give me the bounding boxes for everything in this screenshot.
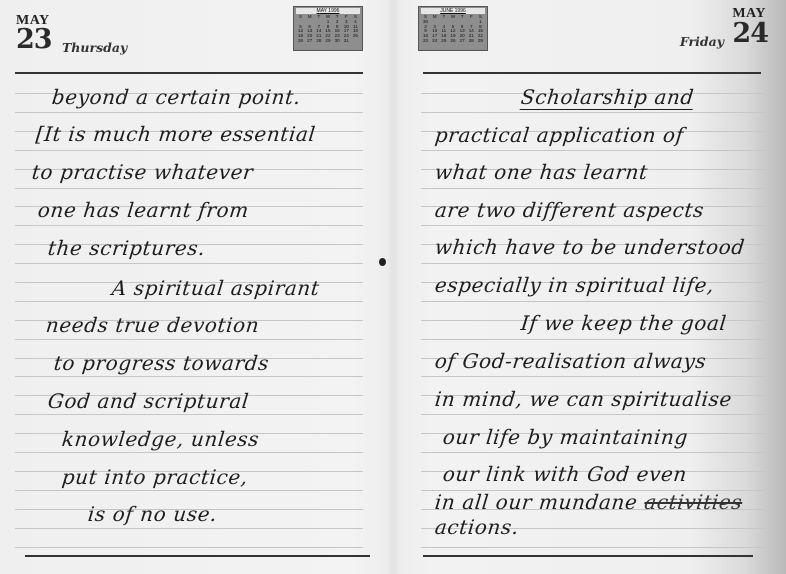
handwritten-line: the scriptures. [47, 236, 207, 260]
ruled-line [421, 263, 766, 264]
ruled-line [421, 188, 766, 189]
handwritten-line: God and scriptural [47, 389, 250, 413]
ruled-line [15, 490, 363, 491]
ruled-line [15, 339, 363, 340]
calendar-week-row: 23 24 25 26 27 28 29 [421, 39, 485, 44]
handwritten-line: one has learnt from [37, 198, 250, 222]
ruled-line [15, 225, 363, 226]
calendar-day: 29 [323, 39, 332, 44]
handwritten-line: beyond a certain point. [51, 85, 302, 109]
day-number: 24 [732, 18, 768, 49]
ruled-line [421, 225, 766, 226]
ruled-line [421, 376, 766, 377]
ruled-line [15, 376, 363, 377]
ruled-line [15, 112, 363, 113]
calendar-day: 24 [430, 39, 439, 44]
binding-hole [379, 258, 386, 266]
ruled-line [15, 150, 363, 151]
calendar-day: 29 [476, 39, 485, 44]
calendar-week-row: 26 27 28 29 30 31 [296, 39, 360, 44]
handwritten-line: needs true devotion [45, 313, 261, 337]
ruled-line [421, 301, 766, 302]
handwritten-line: our life by maintaining [442, 425, 690, 449]
calendar-day: 30 [333, 39, 342, 44]
calendar-day: 25 [439, 39, 448, 44]
mini-calendar-june: JUNE 1996 S M T W T F S 30 [418, 6, 488, 51]
weekday-label: Friday [680, 34, 724, 49]
handwritten-line: to progress towards [53, 351, 271, 375]
ruled-line [421, 414, 766, 415]
ruled-line [421, 112, 766, 113]
handwritten-line: our link with God even [442, 462, 689, 486]
ruled-line [15, 301, 363, 302]
diary-page-may-24: MAY 24 Friday JUNE 1996 S M T W T F S 30 [393, 0, 786, 574]
handwritten-text: in all our mundane [434, 490, 639, 514]
diary-page-may-23: MAY 23 Thursday MAY 1996 S M T W T F S [0, 0, 393, 574]
handwritten-line: especially in spiritual life, [434, 273, 716, 297]
calendar-day: 26 [448, 39, 457, 44]
handwritten-line: actions. [434, 515, 520, 539]
weekday-label: Thursday [62, 40, 127, 55]
handwritten-line: practical application of [434, 123, 685, 147]
header-rule [15, 72, 363, 74]
handwritten-line: knowledge, unless [61, 427, 261, 451]
handwritten-line: are two different aspects [434, 198, 706, 222]
handwritten-line: is of no use. [87, 502, 219, 526]
handwritten-line: of God-realisation always [434, 349, 708, 373]
ruled-line [15, 547, 363, 548]
ruled-line [421, 452, 766, 453]
mini-calendar-grid: S M T W T F S 1 2 3 4 [296, 15, 360, 44]
calendar-day: 27 [458, 39, 467, 44]
ruled-line [421, 150, 766, 151]
diary-spread: MAY 23 Thursday MAY 1996 S M T W T F S [0, 0, 786, 574]
handwritten-line: put into practice, [61, 465, 249, 489]
mini-calendar-may: MAY 1996 S M T W T F S 1 2 3 [293, 6, 363, 51]
calendar-day: 28 [314, 39, 323, 44]
calendar-day [351, 39, 360, 44]
ruled-line [15, 263, 363, 264]
ruled-line [15, 452, 363, 453]
ruled-line [421, 339, 766, 340]
calendar-day: 27 [305, 39, 314, 44]
handwritten-line: which have to be understood [434, 235, 746, 259]
handwritten-line: what one has learnt [434, 160, 649, 184]
day-number: 23 [16, 24, 52, 55]
ruled-line [15, 414, 363, 415]
header-rule [423, 72, 761, 74]
mini-calendar-grid: S M T W T F S 30 1 [421, 15, 485, 44]
ruled-line [421, 547, 766, 548]
calendar-day: 26 [296, 39, 305, 44]
footer-rule [25, 555, 370, 557]
calendar-day: 31 [342, 39, 351, 44]
handwritten-line: A spiritual aspirant [111, 276, 321, 300]
footer-rule [423, 555, 753, 557]
handwritten-line: [It is much more essential [35, 122, 317, 146]
ruled-line [15, 528, 363, 529]
ruled-line [15, 188, 363, 189]
handwritten-line: in all our mundane activities [434, 490, 744, 514]
calendar-day: 23 [421, 39, 430, 44]
handwritten-line: If we keep the goal [520, 311, 728, 335]
struck-out-word: activities [643, 490, 743, 514]
entry-title: Scholarship and [520, 85, 696, 109]
calendar-day: 28 [467, 39, 476, 44]
handwritten-line: to practise whatever [31, 160, 255, 184]
handwritten-line: in mind, we can spiritualise [434, 387, 734, 411]
